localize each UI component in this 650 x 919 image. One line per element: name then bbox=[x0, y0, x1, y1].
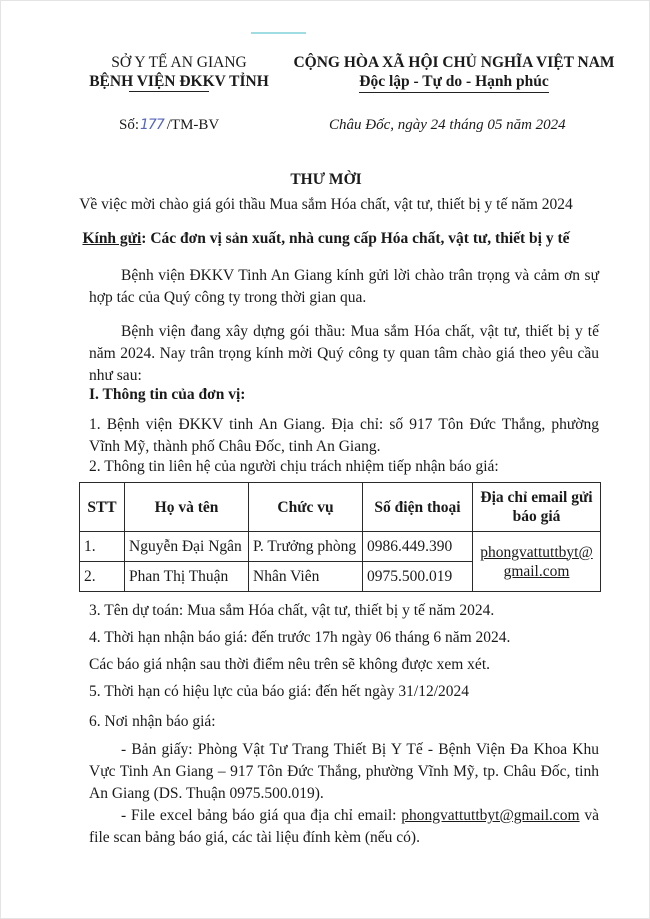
row-name: Nguyễn Đại Ngân bbox=[125, 532, 249, 562]
place-and-date: Châu Đốc, ngày 24 tháng 05 năm 2024 bbox=[329, 117, 566, 134]
quote-validity: 5. Thời hạn có hiệu lực của báo giá: đến… bbox=[89, 681, 599, 703]
handwritten-number: 177 bbox=[140, 117, 164, 133]
recipient-label: Kính gửi bbox=[82, 230, 141, 247]
org-underline bbox=[129, 91, 209, 92]
row-phone: 0975.500.019 bbox=[363, 562, 473, 592]
row-stt: 1. bbox=[80, 532, 125, 562]
recipient-line: Kính gửi: Các đơn vị sản xuất, nhà cung … bbox=[1, 230, 650, 248]
row-phone: 0986.449.390 bbox=[363, 532, 473, 562]
email-link-line2[interactable]: gmail.com bbox=[504, 563, 570, 580]
table-row: 1. Nguyễn Đại Ngân P. Trưởng phòng 0986.… bbox=[80, 532, 601, 562]
unit-address: 1. Bệnh viện ĐKKV tinh An Giang. Địa chỉ… bbox=[89, 414, 599, 458]
scan-artifact bbox=[251, 32, 306, 34]
contacts-table: STT Họ và tên Chức vụ Số điện thoại Địa … bbox=[79, 482, 601, 592]
contact-info-intro: 2. Thông tin liên hệ của người chịu trác… bbox=[89, 456, 599, 478]
email-link[interactable]: phongvattuttbyt@gmail.com bbox=[401, 807, 579, 824]
receipt-location-heading: 6. Nơi nhận báo giá: bbox=[89, 711, 599, 733]
document-title: THƯ MỜI bbox=[1, 171, 650, 189]
col-name: Họ và tên bbox=[125, 483, 249, 532]
parent-organization: SỞ Y TẾ AN GIANG bbox=[79, 53, 279, 72]
paper-submission: - Bản giấy: Phòng Vật Tư Trang Thiết Bị … bbox=[89, 739, 599, 805]
col-phone: Số điện thoại bbox=[363, 483, 473, 532]
organization-unit: BỆNH VIỆN ĐKKV TỈNH bbox=[89, 72, 269, 91]
col-email: Địa chỉ email gửi báo giá bbox=[473, 483, 601, 532]
col-stt: STT bbox=[80, 483, 125, 532]
issuing-organization: SỞ Y TẾ AN GIANG BỆNH VIỆN ĐKKV TỈNH bbox=[79, 53, 279, 91]
row-stt: 2. bbox=[80, 562, 125, 592]
late-quote-note: Các báo giá nhận sau thời điểm nêu trên … bbox=[89, 654, 599, 676]
section-heading: I. Thông tin của đơn vị: bbox=[89, 384, 599, 406]
quote-deadline: 4. Thời hạn nhận báo giá: đến trước 17h … bbox=[89, 627, 599, 649]
email-submission: - File excel bảng báo giá qua địa chỉ em… bbox=[89, 805, 599, 849]
estimate-name: 3. Tên dự toán: Mua sắm Hóa chất, vật tư… bbox=[89, 600, 599, 622]
row-position: P. Trưởng phòng bbox=[249, 532, 363, 562]
country-name: CỘNG HÒA XÃ HỘI CHỦ NGHĨA VIỆT NAM bbox=[289, 53, 619, 72]
document-subject: Về việc mời chào giá gói thầu Mua sắm Hó… bbox=[1, 196, 650, 214]
intro-paragraph-1: Bệnh viện ĐKKV Tinh An Giang kính gửi lờ… bbox=[89, 265, 599, 309]
table-header-row: STT Họ và tên Chức vụ Số điện thoại Địa … bbox=[80, 483, 601, 532]
document-number: Số:177/TM-BV bbox=[119, 117, 219, 134]
recipient-text: : Các đơn vị sản xuất, nhà cung cấp Hóa … bbox=[141, 230, 569, 247]
document-page: SỞ Y TẾ AN GIANG BỆNH VIỆN ĐKKV TỈNH CỘN… bbox=[0, 0, 650, 919]
national-motto: Độc lập - Tự do - Hạnh phúc bbox=[359, 72, 548, 93]
email-cell[interactable]: phongvattuttbyt@ gmail.com bbox=[473, 532, 601, 592]
row-position: Nhân Viên bbox=[249, 562, 363, 592]
national-header: CỘNG HÒA XÃ HỘI CHỦ NGHĨA VIỆT NAM Độc l… bbox=[289, 53, 619, 93]
row-name: Phan Thị Thuận bbox=[125, 562, 249, 592]
email-link-line1[interactable]: phongvattuttbyt@ bbox=[480, 544, 592, 561]
col-position: Chức vụ bbox=[249, 483, 363, 532]
intro-paragraph-2: Bệnh viện đang xây dựng gói thầu: Mua sắ… bbox=[89, 321, 599, 387]
